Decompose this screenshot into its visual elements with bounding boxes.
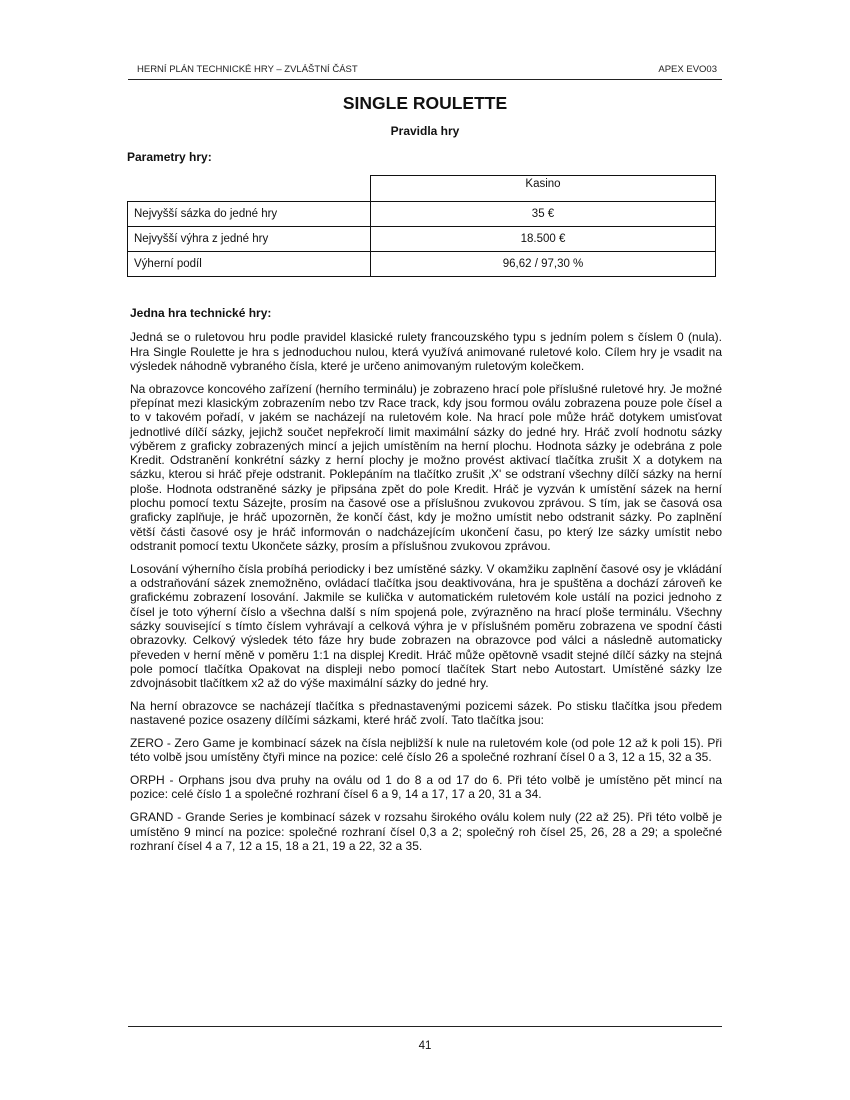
params-column-header: Kasino <box>371 176 716 202</box>
footer-divider <box>128 1026 722 1027</box>
params-table-corner <box>128 176 371 202</box>
params-heading: Parametry hry: <box>127 150 212 164</box>
paragraph-draw: Losování výherního čísla probíhá periodi… <box>130 562 722 691</box>
page-subtitle: Pravidla hry <box>0 124 850 138</box>
params-table: Kasino Nejvyšší sázka do jedné hry 35 € … <box>127 175 716 277</box>
document-page: HERNÍ PLÁN TECHNICKÉ HRY – ZVLÁŠTNÍ ČÁST… <box>0 0 850 1100</box>
param-value: 18.500 € <box>371 227 716 252</box>
paragraph-zero: ZERO - Zero Game je kombinací sázek na č… <box>130 736 722 765</box>
params-table-header-row: Kasino <box>128 176 716 202</box>
paragraph-intro: Jedná se o ruletovou hru podle pravidel … <box>130 330 722 373</box>
param-label: Výherní podíl <box>128 252 371 277</box>
rules-section: Jedna hra technické hry: Jedná se o rule… <box>130 306 722 862</box>
param-label: Nejvyšší sázka do jedné hry <box>128 202 371 227</box>
param-label: Nejvyšší výhra z jedné hry <box>128 227 371 252</box>
param-value: 96,62 / 97,30 % <box>371 252 716 277</box>
running-header-title: HERNÍ PLÁN TECHNICKÉ HRY – ZVLÁŠTNÍ ČÁST <box>137 64 358 75</box>
header-divider <box>128 79 722 80</box>
page-title: SINGLE ROULETTE <box>0 93 850 114</box>
paragraph-betting: Na obrazovce koncového zařízení (herního… <box>130 382 722 554</box>
paragraph-orph: ORPH - Orphans jsou dva pruhy na oválu o… <box>130 773 722 802</box>
table-row: Nejvyšší výhra z jedné hry 18.500 € <box>128 227 716 252</box>
param-value: 35 € <box>371 202 716 227</box>
running-header-code: APEX EVO03 <box>658 64 717 75</box>
table-row: Výherní podíl 96,62 / 97,30 % <box>128 252 716 277</box>
page-number: 41 <box>0 1040 850 1052</box>
paragraph-preset-buttons: Na herní obrazovce se nacházejí tlačítka… <box>130 699 722 728</box>
section-heading: Jedna hra technické hry: <box>130 306 722 320</box>
paragraph-grand: GRAND - Grande Series je kombinací sázek… <box>130 810 722 853</box>
table-row: Nejvyšší sázka do jedné hry 35 € <box>128 202 716 227</box>
